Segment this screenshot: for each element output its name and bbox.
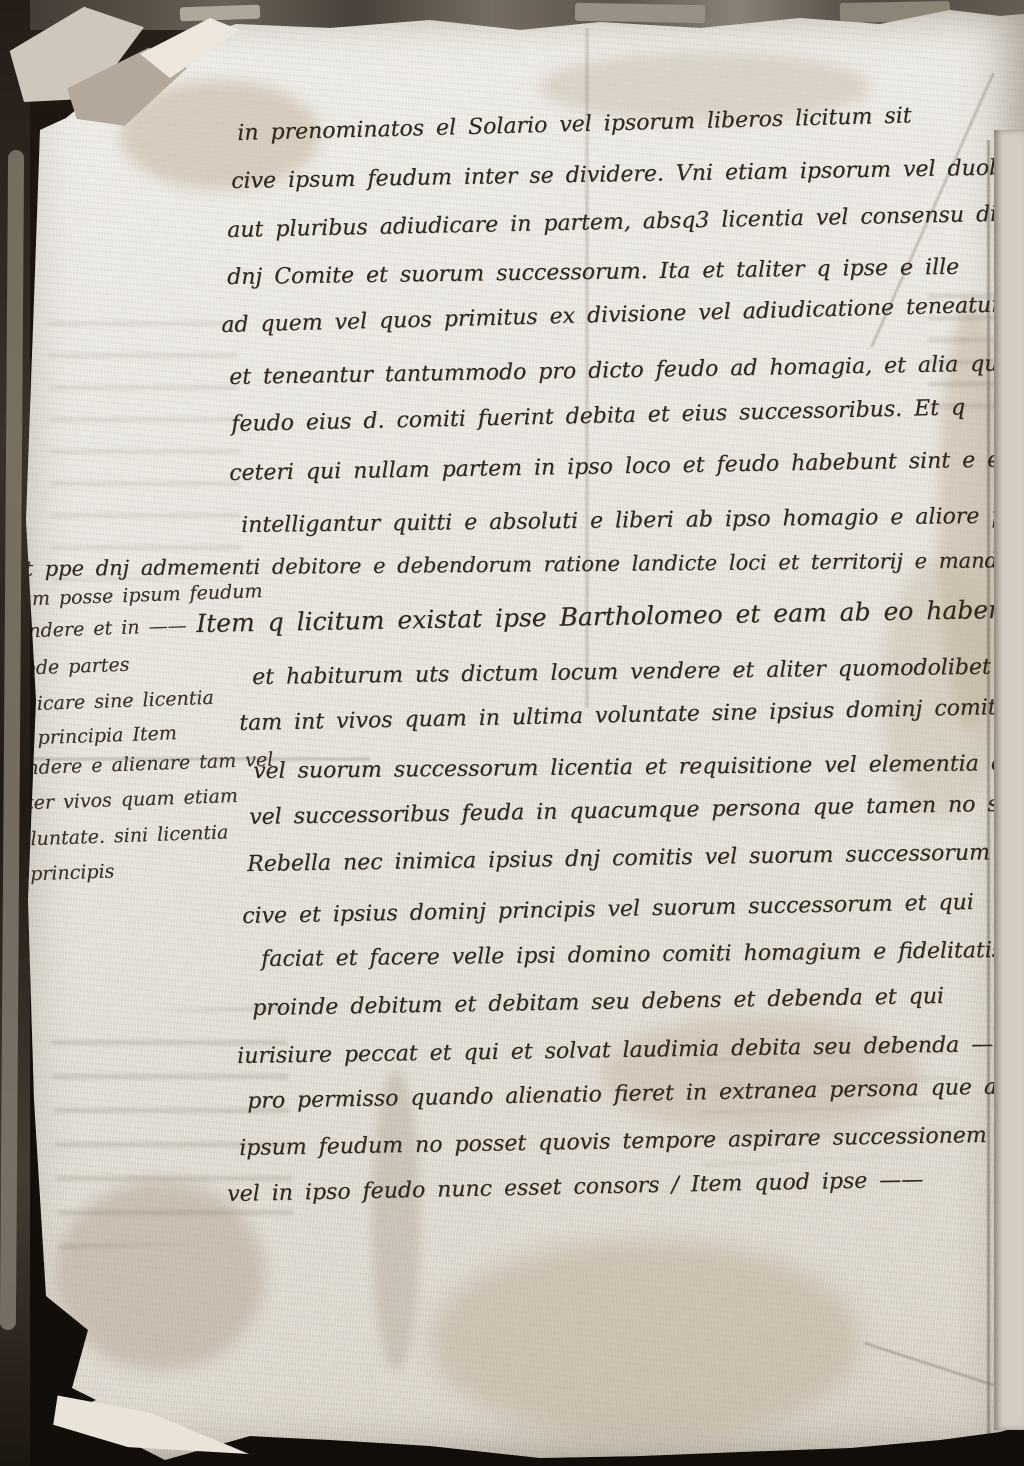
manuscript-page: 10 in prenominatos el Solario vel ipsoru… [0, 0, 1024, 1466]
paper-edge-fragment [180, 5, 260, 22]
manuscript-text-line: Rebella nec inimica ipsius dnj comitis v… [247, 841, 990, 877]
paper-stain [430, 1240, 860, 1440]
manuscript-text-line: vel successoribus feuda in quacumque per… [249, 793, 1015, 831]
paper-stain [372, 1070, 420, 1370]
manuscript-text-line: dnj Comite et suorum successorum. Ita et… [227, 256, 959, 290]
margin-note-line: d. principia Item [10, 723, 177, 750]
manuscript-text-line: faciat et facere velle ipsi domino comit… [261, 939, 1003, 972]
manuscript-text-line: cive et ipsius dominj principis vel suor… [242, 891, 974, 929]
manuscript-photo: 10 in prenominatos el Solario vel ipsoru… [0, 0, 1024, 1466]
adjacent-page-edge [994, 130, 1024, 1430]
manuscript-text-line: aut pluribus adiudicare in partem, absq3… [227, 202, 1024, 243]
margin-note-line: vendere e alienare tam vel [4, 750, 274, 780]
manuscript-text-line: ceteri qui nullam partem in ipso loco et… [229, 448, 1024, 486]
margin-note-line: voluntate. sini licentia [8, 822, 229, 851]
manuscript-text-line: feudo eius d. comiti fuerint debita et e… [231, 396, 965, 437]
bleedthrough-mark [51, 1006, 294, 1249]
manuscript-text-line: proinde debitum et debitam seu debens et… [252, 985, 944, 1021]
manuscript-text-line: vel in ipso feudo nunc esset consors / I… [227, 1168, 923, 1207]
manuscript-text-line: cive ipsum feudum inter se dividere. Vni… [231, 156, 1024, 194]
manuscript-text-line: et teneantur tantummodo pro dicto feudo … [229, 350, 1024, 390]
margin-note-line: Inter vivos quam etiam [6, 786, 238, 815]
margin-note-line: indicare sine licentia [6, 688, 214, 716]
manuscript-text-line: ad quem vel quos primitus ex divisione v… [221, 294, 1002, 339]
manuscript-text-line: in prenominatos el Solario vel ipsorum l… [237, 104, 912, 146]
bleedthrough-mark [48, 318, 243, 581]
paper-edge-fragment [575, 3, 705, 23]
margin-note-line: nam posse ipsum feudum [8, 581, 263, 611]
margin-note-line: vendere et in —— [6, 616, 187, 643]
manuscript-text-line: intelligantur quitti e absoluti e liberi… [241, 503, 1024, 538]
